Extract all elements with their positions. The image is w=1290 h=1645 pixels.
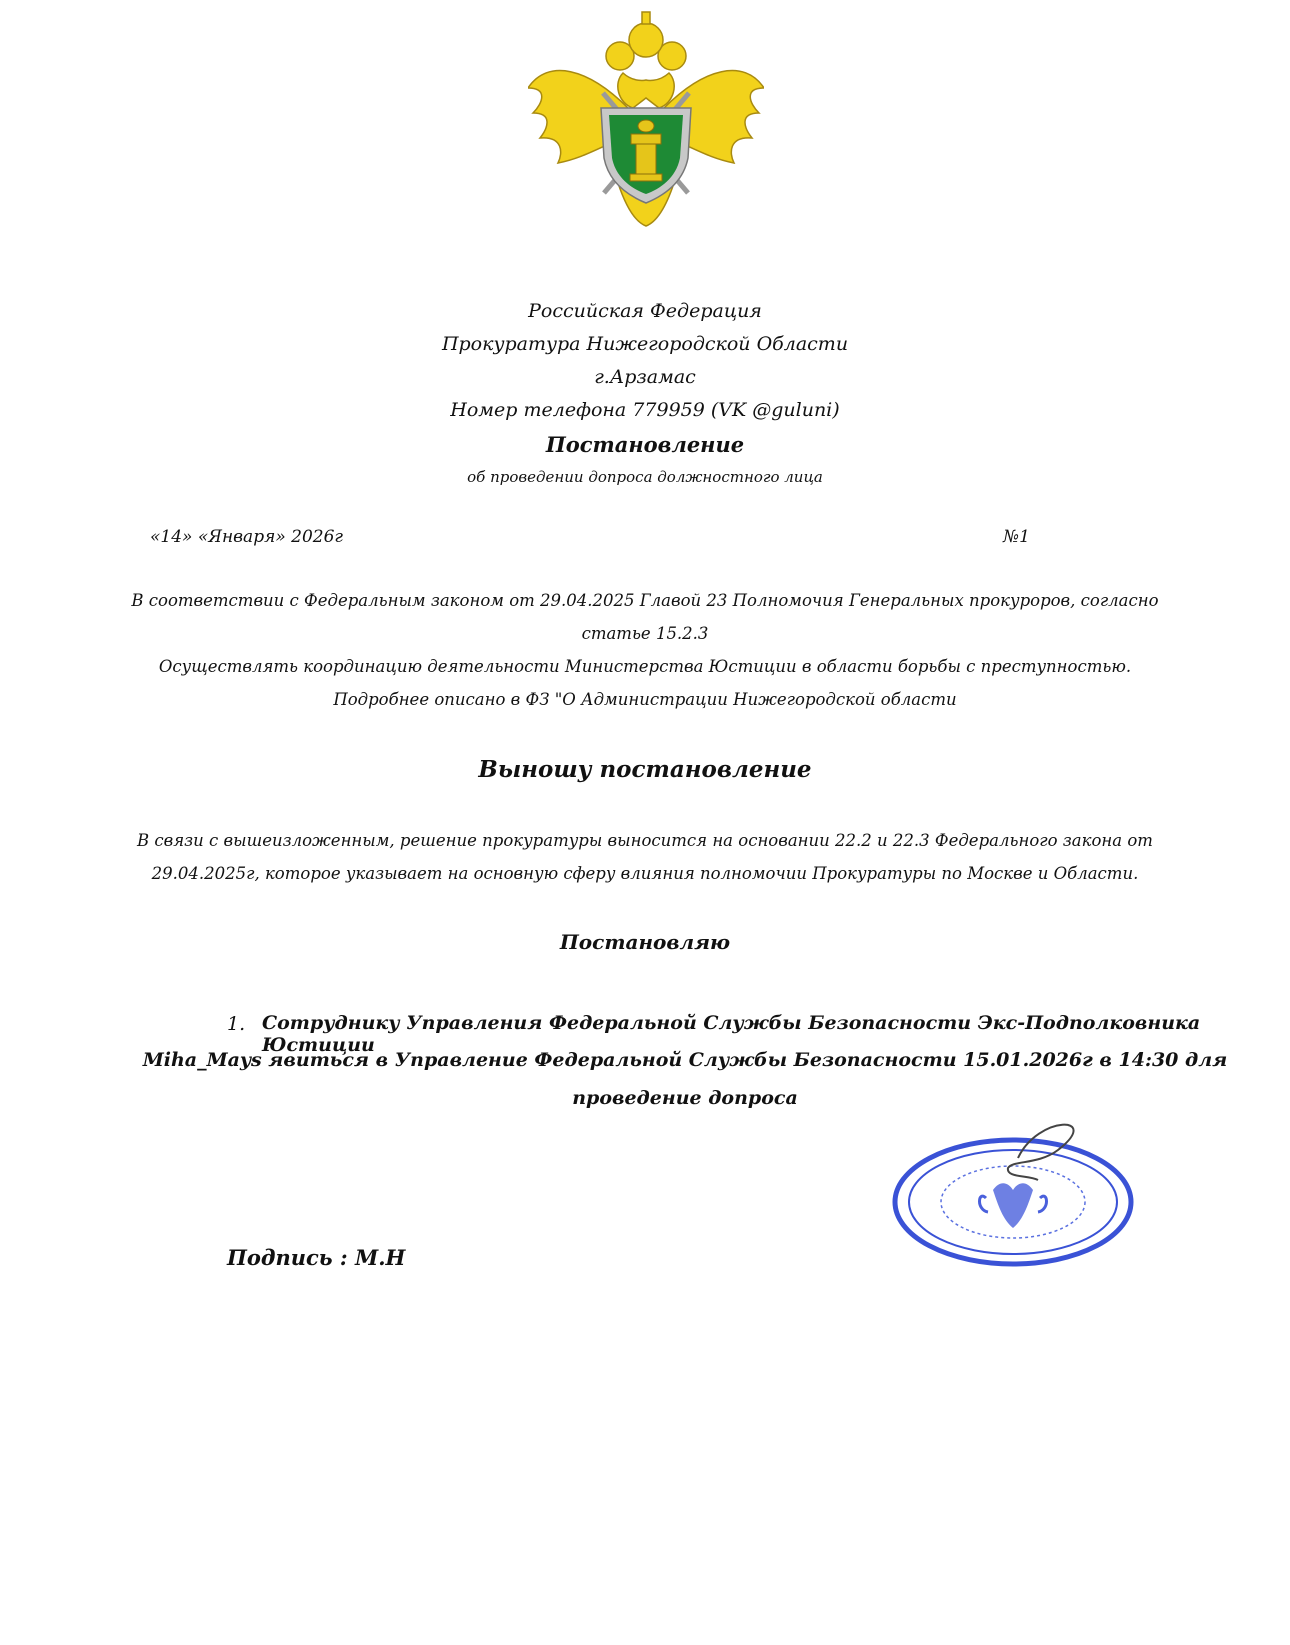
official-seal-icon [888,1120,1138,1270]
document-subtitle: об проведении допроса должностного лица [0,468,1290,486]
signature-label: Подпись : М.Н [227,1245,405,1270]
decision-heading: Выношу постановление [0,756,1290,783]
preamble-line-1: В соответствии с Федеральным законом от … [0,591,1290,610]
document-date: «14» «Января» 2026г [150,527,343,547]
decision-line-2: 29.04.2025г, которое указывает на основн… [0,864,1290,883]
resolution-item-line-3: проведение допроса [0,1087,1290,1109]
preamble-line-2: статье 15.2.3 [0,624,1290,643]
decision-line-1: В связи с вышеизложенным, решение прокур… [0,831,1290,850]
phone-line: Номер телефона 779959 (VK @guluni) [0,399,1290,421]
prosecutor-emblem-icon [528,8,764,230]
preamble-line-4: Подробнее описано в ФЗ "О Администрации … [0,690,1290,709]
resolution-item-number: 1. [227,1013,245,1035]
agency-name: Прокуратура Нижегородской Области [0,333,1290,355]
city-name: г.Арзамас [0,366,1290,388]
resolution-heading: Постановляю [0,930,1290,954]
document-number: №1 [1003,527,1030,547]
preamble-line-3: Осуществлять координацию деятельности Ми… [0,657,1290,676]
resolution-item-line-2: Miha_Mays явиться в Управление Федеральн… [0,1049,1290,1071]
country-name: Российская Федерация [0,300,1290,322]
document-type-title: Постановление [0,432,1290,457]
